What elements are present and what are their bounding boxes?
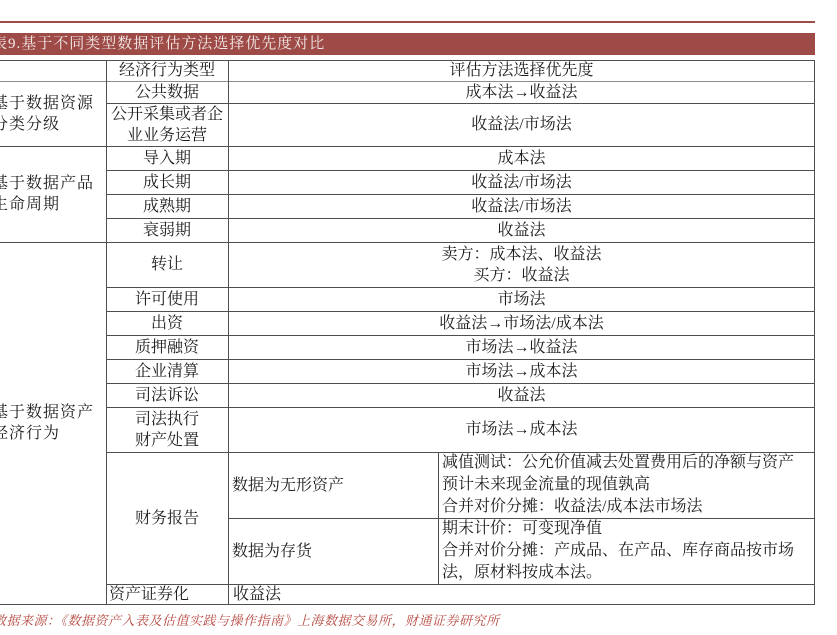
row-value-data-intangible: 减值测试：公允价值减去处置费用后的净额与资产 预计未来现金流量的现值孰高 合并对… [438,452,819,518]
col-header-priority: 评估方法选择优先度 [228,60,815,81]
row-value-investment: 收益法→市场法/成本法 [228,311,815,335]
row-value-decline: 收益法 [228,218,815,242]
source-note: 数据来源：《数据资产入表及估值实践与操作指南》上海数据交易所，财通证券研究所 [0,610,593,628]
row-value-pledge: 市场法→收益法 [228,335,815,359]
row-label-maturity: 成熟期 [106,194,228,218]
row-label-transfer: 转让 [106,242,228,287]
row-value-license: 市场法 [228,287,815,311]
row-value-litigation: 收益法 [228,383,815,407]
row-label-securitization: 资产证券化 [106,584,231,604]
row-label-pledge: 质押融资 [106,335,228,359]
row-value-growth: 收益法/市场法 [228,170,815,194]
row-label-public-collect: 公开采集或者企 业业务运营 [106,103,228,146]
row-value-securitization: 收益法 [228,584,820,604]
row-label-public-data: 公共数据 [106,81,228,103]
row-label-data-intangible: 数据为无形资产 [228,452,442,518]
row-value-maturity: 收益法/市场法 [228,194,815,218]
row-label-financial-report: 财务报告 [106,452,228,584]
row-label-data-inventory: 数据为存货 [228,518,442,584]
group-label-data-asset: 基于数据资产 经济行为 [0,242,106,604]
row-value-data-inventory: 期末计价：可变现净值 合并对价分摊：产成品、在产品、库存商品按市场 法，原材料按… [438,518,819,584]
row-label-liquidation: 企业清算 [106,359,228,383]
row-value-public-collect: 收益法/市场法 [228,103,815,146]
top-accent-rule [0,21,815,23]
row-label-license: 许可使用 [106,287,228,311]
table-title-bar: 表9.基于不同类型数据评估方法选择优先度对比 [0,33,815,55]
page-title: 表9.基于不同类型数据评估方法选择优先度对比 [0,33,325,55]
row-label-judicial-disposal: 司法执行 财产处置 [106,407,228,452]
group-label-data-resource: 基于数据资源 分类分级 [0,81,106,146]
col-header-behavior-type: 经济行为类型 [106,60,228,81]
row-label-introduction: 导入期 [106,146,228,170]
row-label-investment: 出资 [106,311,228,335]
row-value-introduction: 成本法 [228,146,815,170]
row-value-liquidation: 市场法→成本法 [228,359,815,383]
row-value-judicial-disposal: 市场法→成本法 [228,407,815,452]
group-label-data-product: 基于数据产品 生命周期 [0,146,106,242]
row-value-transfer: 卖方：成本法、收益法 买方：收益法 [228,242,815,287]
row-value-public-data: 成本法→收益法 [228,81,815,103]
row-label-litigation: 司法诉讼 [106,383,228,407]
row-label-decline: 衰弱期 [106,218,228,242]
row-label-growth: 成长期 [106,170,228,194]
